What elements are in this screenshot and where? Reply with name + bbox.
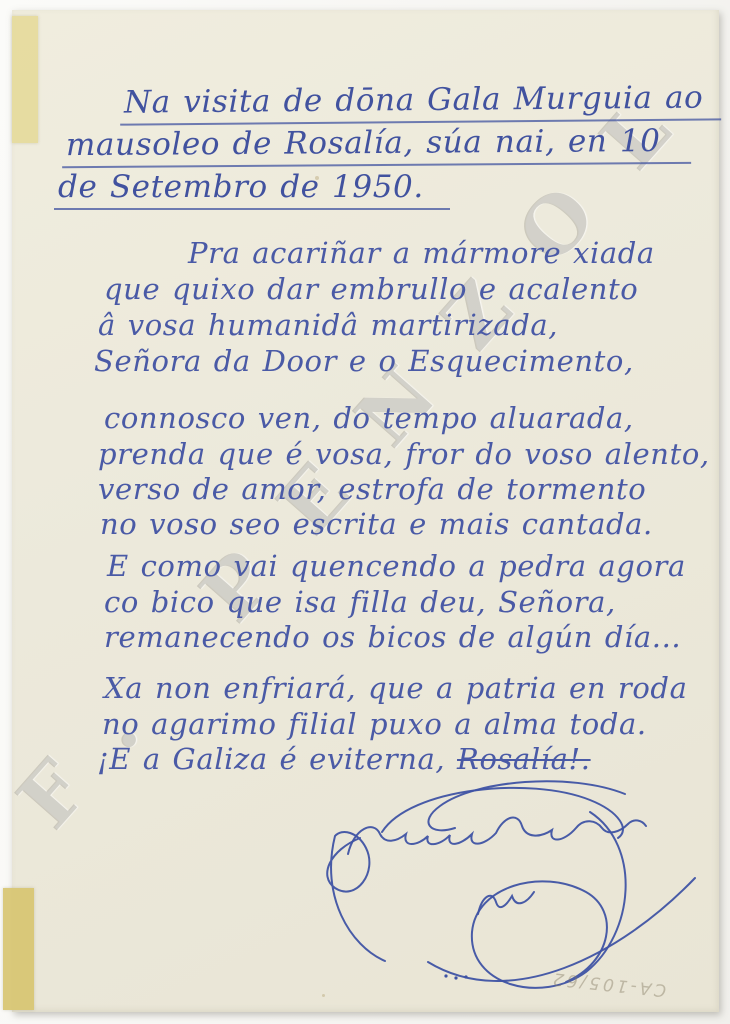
poem-line: Señora da Door e o Esquecimento,	[94, 344, 634, 378]
paper-speck	[315, 176, 319, 180]
signature-dot	[464, 975, 467, 978]
poem-line: co bico que isa filla deu, Señora,	[104, 585, 616, 619]
signature-dot	[444, 974, 447, 977]
title-text: de Setembro de 1950.	[54, 169, 450, 210]
title-text: mausoleo de Rosalía, súa nai, en 10	[62, 123, 691, 168]
tape-strip-bottom	[3, 888, 34, 1010]
manuscript-title-line: mausoleo de Rosalía, súa nai, en 10	[66, 123, 691, 168]
poem-line: prenda que é vosa, fror do voso alento,	[98, 437, 710, 471]
signature-ascender-flourish	[382, 788, 623, 838]
poem-line: â vosa humanidâ martirizada,	[98, 308, 558, 342]
manuscript-title-line: Na visita de dōna Gala Murguia ao	[124, 79, 722, 125]
signature-left-loop	[327, 832, 385, 961]
poem-line: no agarimo filial puxo a alma toda.	[102, 707, 647, 741]
paper-speck	[322, 994, 325, 997]
signature-dot	[454, 976, 457, 979]
poem-line: remanecendo os bicos de algún día...	[104, 620, 681, 654]
manuscript-title-line: de Setembro de 1950.	[58, 169, 450, 210]
poem-line: E como vai quencendo a pedra agora	[107, 549, 686, 583]
poem-line: connosco ven, do tempo aluarada,	[104, 401, 634, 435]
final-line-name: Rosalía!.	[457, 742, 591, 776]
poem-line: no voso seo escrita e mais cantada.	[100, 507, 653, 541]
final-line-prefix: ¡E a Galiza é eviterna,	[97, 742, 457, 776]
poem-line: Xa non enfriará, que a patria en roda	[104, 671, 688, 705]
title-text: Na visita de dōna Gala Murguia ao	[120, 79, 722, 125]
manuscript-page: F. PENZOL Na visita de dōna Gala Murguia…	[12, 10, 719, 1012]
signature-name-stroke	[348, 818, 646, 854]
poem-line: que quixo dar embrullo e acalento	[104, 272, 638, 306]
poem-final-line: ¡E a Galiza é eviterna, Rosalía!.	[97, 742, 591, 776]
photo-backdrop: F. PENZOL Na visita de dōna Gala Murguia…	[0, 0, 730, 1024]
signature-tail-stroke	[428, 878, 695, 981]
poem-line: Pra acariñar a mármore xiada	[188, 236, 655, 270]
poem-line: verso de amor, estrofa de tormento	[98, 472, 646, 506]
tape-strip-top	[12, 16, 38, 143]
